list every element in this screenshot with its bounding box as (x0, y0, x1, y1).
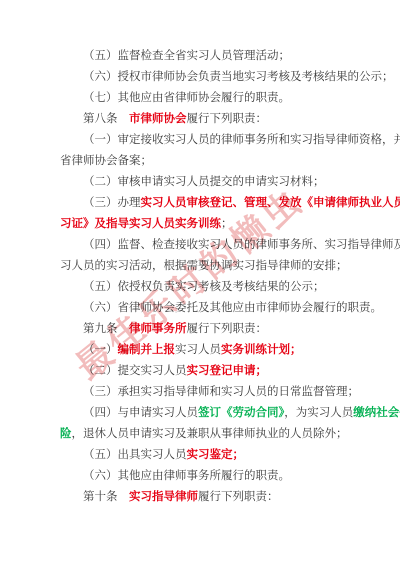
text-segment: （五）依授权负责实习考核及考核结果的公示； (83, 279, 325, 293)
text-segment: ，为实习人员 (284, 405, 353, 419)
text-segment: 履行下列职责： (187, 321, 268, 335)
text-segment: （五）出具实习人员 (83, 447, 187, 461)
text-line: 习人员的实习活动，根据需要协调实习指导律师的安排； (60, 255, 342, 276)
text-line: （五）监督检查全省实习人员管理活动； (60, 45, 342, 66)
text-line: （一）审定接收实习人员的律师事务所和实习指导律师资格，并报 (60, 129, 342, 150)
text-line: （一）编制并上报实习人员实务训练计划； (60, 339, 342, 360)
text-line: （七）其他应由省律师协会履行的职责。 (60, 87, 342, 108)
text-segment: 履行下列职责： (198, 489, 279, 503)
text-line: （六）省律师协会委托及其他应由市律师协会履行的职责。 (60, 297, 342, 318)
text-segment: （三）办理 (83, 195, 141, 209)
highlighted-text-segment: 习证》及指导实习人员实务训练 (60, 216, 221, 230)
highlighted-text-segment: 市律师协会 (129, 111, 187, 125)
text-segment: 第十条 (83, 489, 129, 503)
text-segment: （六）授权市律师协会负责当地实习考核及考核结果的公示； (83, 69, 394, 83)
text-line: （六）授权市律师协会负责当地实习考核及考核结果的公示； (60, 66, 342, 87)
text-segment: 习人员的实习活动，根据需要协调实习指导律师的安排； (60, 258, 348, 272)
text-segment: ，退休人员申请实习及兼职从事律师执业的人员除外； (72, 426, 348, 440)
highlighted-text-segment: 缴纳社会保 (353, 405, 400, 419)
text-segment: （四）与申请实习人员 (83, 405, 198, 419)
text-segment: 省律师协会备案； (60, 153, 152, 167)
text-segment: 实习人员 (175, 342, 221, 356)
text-line: （六）其他应由律师事务所履行的职责。 (60, 465, 342, 486)
highlighted-text-segment: 实务训练计划； (221, 342, 302, 356)
text-segment: （三）承担实习指导律师和实习人员的日常监督管理； (83, 384, 359, 398)
highlighted-text-segment: 实习鉴定； (187, 447, 245, 461)
text-segment: （六）其他应由律师事务所履行的职责。 (83, 468, 290, 482)
document-page: 最佳乐时的懒虫 （五）监督检查全省实习人员管理活动；（六）授权市律师协会负责当地… (0, 0, 400, 565)
highlighted-text-segment: 签订《劳动合同》 (198, 405, 284, 419)
text-segment: （一） (83, 342, 118, 356)
text-segment: 第九条 (83, 321, 129, 335)
highlighted-text-segment: 险 (60, 426, 72, 440)
text-line: 第九条 律师事务所履行下列职责： (60, 318, 342, 339)
highlighted-text-segment: 实习登记申请； (187, 363, 268, 377)
text-line: 省律师协会备案； (60, 150, 342, 171)
text-line: 习证》及指导实习人员实务训练； (60, 213, 342, 234)
text-line: 险，退休人员申请实习及兼职从事律师执业的人员除外； (60, 423, 342, 444)
text-segment: ； (221, 216, 233, 230)
text-segment: （二）审核申请实习人员提交的申请实习材料； (83, 174, 325, 188)
text-segment: 第八条 (83, 111, 129, 125)
text-segment: （四）监督、检查接收实习人员的律师事务所、实习指导律师及实 (83, 237, 400, 251)
text-line: （五）出具实习人员实习鉴定； (60, 444, 342, 465)
text-segment: （六）省律师协会委托及其他应由市律师协会履行的职责。 (83, 300, 382, 314)
text-segment: 履行下列职责： (187, 111, 268, 125)
text-segment: （二）提交实习人员 (83, 363, 187, 377)
highlighted-text-segment: 律师事务所 (129, 321, 187, 335)
text-segment: （五）监督检查全省实习人员管理活动； (83, 48, 290, 62)
highlighted-text-segment: 实习指导律师 (129, 489, 198, 503)
text-line: （四）监督、检查接收实习人员的律师事务所、实习指导律师及实 (60, 234, 342, 255)
text-line: 第八条 市律师协会履行下列职责： (60, 108, 342, 129)
document-body: （五）监督检查全省实习人员管理活动；（六）授权市律师协会负责当地实习考核及考核结… (60, 45, 342, 507)
text-line: （四）与申请实习人员签订《劳动合同》，为实习人员缴纳社会保 (60, 402, 342, 423)
text-segment: （七）其他应由省律师协会履行的职责。 (83, 90, 290, 104)
text-line: 第十条 实习指导律师履行下列职责： (60, 486, 342, 507)
text-line: （三）承担实习指导律师和实习人员的日常监督管理； (60, 381, 342, 402)
text-segment: （一）审定接收实习人员的律师事务所和实习指导律师资格，并报 (83, 132, 400, 146)
highlighted-text-segment: 实习人员审核登记、管理、发放《申请律师执业人员实 (141, 195, 400, 209)
text-line: （五）依授权负责实习考核及考核结果的公示； (60, 276, 342, 297)
text-line: （二）提交实习人员实习登记申请； (60, 360, 342, 381)
text-line: （三）办理实习人员审核登记、管理、发放《申请律师执业人员实 (60, 192, 342, 213)
highlighted-text-segment: 编制并上报 (118, 342, 176, 356)
text-line: （二）审核申请实习人员提交的申请实习材料； (60, 171, 342, 192)
